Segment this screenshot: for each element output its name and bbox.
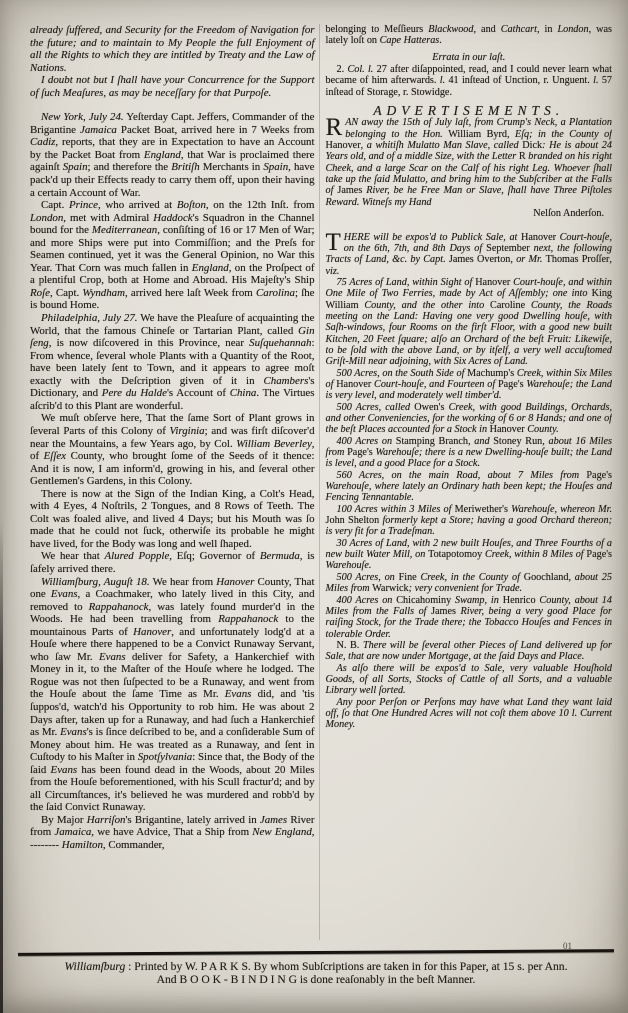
paragraph: I doubt not but I ſhall have your Concur… — [30, 74, 315, 99]
paragraph: 500 Acres, on Fine Creek, in the County … — [326, 572, 612, 595]
paragraph: We muſt obſerve here, That the ſame Sort… — [30, 412, 315, 487]
paragraph: N. B. There will be ſeveral other Pieces… — [326, 640, 612, 663]
paragraph: 500 Acres, on the South Side of Machump'… — [326, 368, 612, 402]
drop-cap: R — [326, 117, 346, 138]
footer-rule — [18, 949, 614, 956]
paragraph: 30 Acres of Land, with 2 new built Houſe… — [326, 538, 612, 572]
paragraph: 400 Acres on Chicahominy Swamp, in Henri… — [326, 595, 612, 640]
text-columns: already ſuffered, and Security for the F… — [30, 24, 612, 940]
paragraph: 75 Acres of Land, within Sight of Hanove… — [326, 277, 612, 368]
paragraph: THERE will be expos'd to Publick Sale, a… — [326, 232, 612, 277]
imprint-line-1: Williamſburg : Printed by W. P A R K S. … — [18, 960, 614, 973]
signature: Nelſon Anderſon. — [326, 208, 612, 219]
paragraph: By Major Harriſon's Brigantine, lately a… — [30, 814, 315, 852]
right-column: belonging to Meſſieurs Blackwood, and Ca… — [319, 24, 612, 940]
paragraph: 500 Acres, called Owen's Creek, with goo… — [326, 402, 612, 436]
paragraph: New York, July 24. Yeſterday Capt. Jeffe… — [30, 111, 315, 199]
paragraph: Any poor Perſon or Perſons may have what… — [326, 697, 612, 731]
paragraph: Philadelphia, July 27. We have the Pleaſ… — [30, 312, 315, 412]
errata-heading: Errata in our laſt. — [326, 52, 612, 63]
imprint-footer: 01 Williamſburg : Printed by W. P A R K … — [18, 942, 614, 986]
paragraph: We hear that Alured Popple, Eſq; Governo… — [30, 550, 315, 575]
left-column: already ſuffered, and Security for the F… — [30, 24, 315, 940]
paragraph: 2. Col. l. 27 after diſappointed, read, … — [326, 64, 612, 98]
paragraph: belonging to Meſſieurs Blackwood, and Ca… — [326, 24, 612, 47]
paragraph: 400 Acres on Stamping Branch, and Stoney… — [326, 436, 612, 470]
paragraph: Capt. Prince, who arrived at Boſton, on … — [30, 199, 315, 312]
paragraph: already ſuffered, and Security for the F… — [30, 24, 315, 74]
paragraph: As alſo there will be expos'd to Sale, v… — [326, 663, 612, 697]
paragraph: 100 Acres within 3 Miles of Meriwether's… — [326, 504, 612, 538]
paragraph: RAN away the 15th of July laſt, from Cru… — [326, 117, 612, 208]
advertisements-heading: ADVERTISEMENTS. — [326, 105, 612, 116]
paragraph: There is now at the Sign of the Indian K… — [30, 488, 315, 551]
newspaper-page: already ſuffered, and Security for the F… — [0, 0, 628, 1013]
drop-cap: T — [326, 232, 344, 253]
imprint-line-2: And B O O K - B I N D I N G is done reaſ… — [18, 973, 614, 986]
paragraph: 560 Acres, on the main Road, about 7 Mil… — [326, 470, 612, 504]
paragraph: Williamſburg, Auguſt 18. We hear from Ha… — [30, 576, 315, 814]
